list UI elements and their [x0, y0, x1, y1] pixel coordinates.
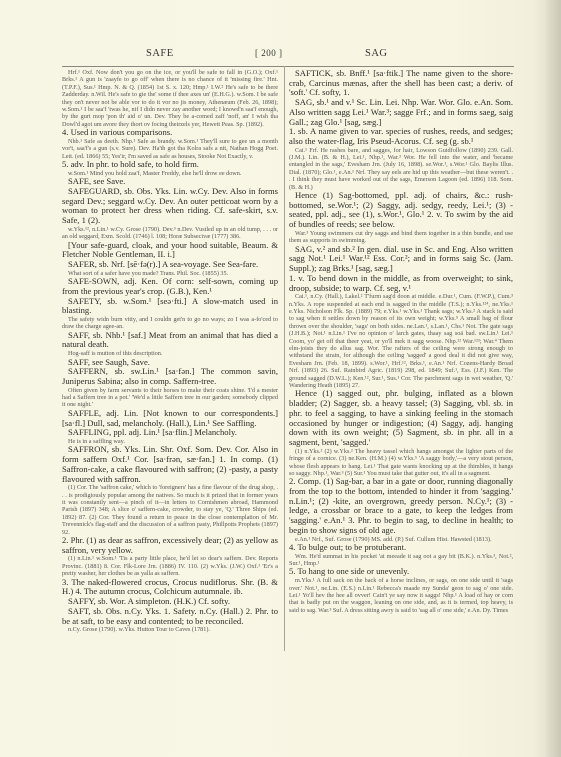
entry-paragraph: (1) n.Lin.¹ w.Som.¹ 'Tis a party little …	[62, 555, 278, 577]
entry-paragraph: The safety widn burn vitty, and I couldn…	[62, 316, 278, 331]
entry-saffern: SAFFERN, sb. sw.Lin.¹ [sa·fən.] The comm…	[62, 367, 278, 386]
entry-sag-2: SAG, v.² and sb.² In gen. dial. use in S…	[289, 245, 513, 274]
entry-sag-1: SAG, sb.¹ and v.¹ Sc. Lin. Lei. Nhp. War…	[289, 98, 513, 127]
entry-paragraph: Cai.¹, n.Cy. (Hall.), Lakel.² T'furm sag…	[289, 293, 513, 389]
entry-paragraph: Hence (1) sagged out, phr. bulging, infl…	[289, 389, 513, 447]
entry-saftick: SAFTICK, sb. Bnff.¹ [sa·ftik.] The name …	[289, 69, 513, 98]
entry-safety: SAFETY, sb. w.Som.¹ [seə·fti.] A slow-ma…	[62, 297, 278, 316]
entry-paragraph: n.Cy. Grose (1790). w.Yks. Hutton Tour t…	[62, 626, 278, 633]
entry-saffle: SAFFLE, adj. Lin. [Not known to our corr…	[62, 409, 278, 428]
entry-paragraph: Cai.¹ Frf. He rashes bare, and sagges, f…	[289, 147, 513, 191]
entry-safe-sown: SAFE-SOWN, adj. Ken. Of corn: self-sown,…	[62, 277, 278, 296]
page-binding-shadow	[545, 0, 561, 757]
entry-paragraph: m.Yks.¹ A full sack on the back of a hor…	[289, 577, 513, 614]
entry-saffling: SAFFLING, ppl. adj. Lin.¹ [sa·flin.] Mel…	[62, 428, 278, 438]
entry-paragraph: Often given by farm servants to their ho…	[62, 387, 278, 409]
entry-paragraph: Hrf.¹ Oxf. Now don't you go on the ice, …	[62, 69, 278, 128]
page-number: [ 200 ]	[255, 48, 283, 58]
entry-paragraph: 5. adv. In phr. to hold safe, to hold fi…	[62, 160, 278, 170]
entry-safer: SAFER, sb. Nrf. [sē·fə(r).] A sea-voyage…	[62, 260, 278, 270]
header-left-headword: SAFE	[146, 48, 174, 59]
entry-paragraph: 2. Phr. (1) as dear as saffron, excessiv…	[62, 536, 278, 555]
entry-paragraph: 2. Comp. (1) Sag-bar, a bar in a gate or…	[289, 477, 513, 535]
entry-paragraph: War.³ Young swimmers cut dry saggs and b…	[289, 230, 513, 245]
entry-paragraph: [Your safe-guard, cloak, and your hood s…	[62, 241, 278, 260]
entry-saffron: SAFFRON, sb. Yks. Lin. Shr. Oxf. Som. De…	[62, 445, 278, 484]
entry-paragraph: 3. The naked-flowered crocus, Crocus nud…	[62, 578, 278, 597]
entry-paragraph: 4. To bulge out; to be protuberant.	[289, 543, 513, 553]
entry-paragraph: 1. v. To bend down in the middle, as fro…	[289, 274, 513, 293]
entry-paragraph: 5. To hang to one side or unevenly.	[289, 567, 513, 577]
running-header: SAFE [ 200 ] SAG	[60, 48, 518, 64]
entry-saft: SAFT, sb. Obs. n.Cy. Yks. 1. Safety. n.C…	[62, 607, 278, 626]
entry-paragraph: Wm. He'd summat in his pocket 'at meeade…	[289, 553, 513, 568]
header-rule	[62, 66, 514, 67]
right-column: SAFTICK, sb. Bnff.¹ [sa·ftik.] The name …	[289, 69, 513, 614]
entry-paragraph: Hence (1) Sag-bottomed, ppl. adj. of cha…	[289, 191, 513, 230]
entry-paragraph: (1) n.Yks.² (2) w.Yks.² The heavy tassel…	[289, 448, 513, 478]
entry-paragraph: (1) Cor. The 'saffron cake,' which to 'f…	[62, 484, 278, 536]
header-right-headword: SAG	[365, 48, 388, 59]
entry-paragraph: 4. Used in various comparisons.	[62, 128, 278, 138]
entry-safeguard: SAFEGUARD, sb. Obs. Yks. Lin. w.Cy. Dev.…	[62, 187, 278, 226]
left-column: Hrf.¹ Oxf. Now don't you go on the ice, …	[62, 69, 278, 634]
column-divider	[284, 66, 285, 651]
entry-saff: SAFF, sb. Nhb.¹ [saf.] Meat from an anim…	[62, 331, 278, 350]
entry-paragraph: w.Yks.¹², n.Lin.¹ w.Cy. Grose (1790). De…	[62, 226, 278, 241]
entry-paragraph: 1. sb. A name given to var. species of r…	[289, 127, 513, 146]
entry-paragraph: Nhb.¹ Safe as deeth. Nhp.¹ Safe as brand…	[62, 138, 278, 160]
